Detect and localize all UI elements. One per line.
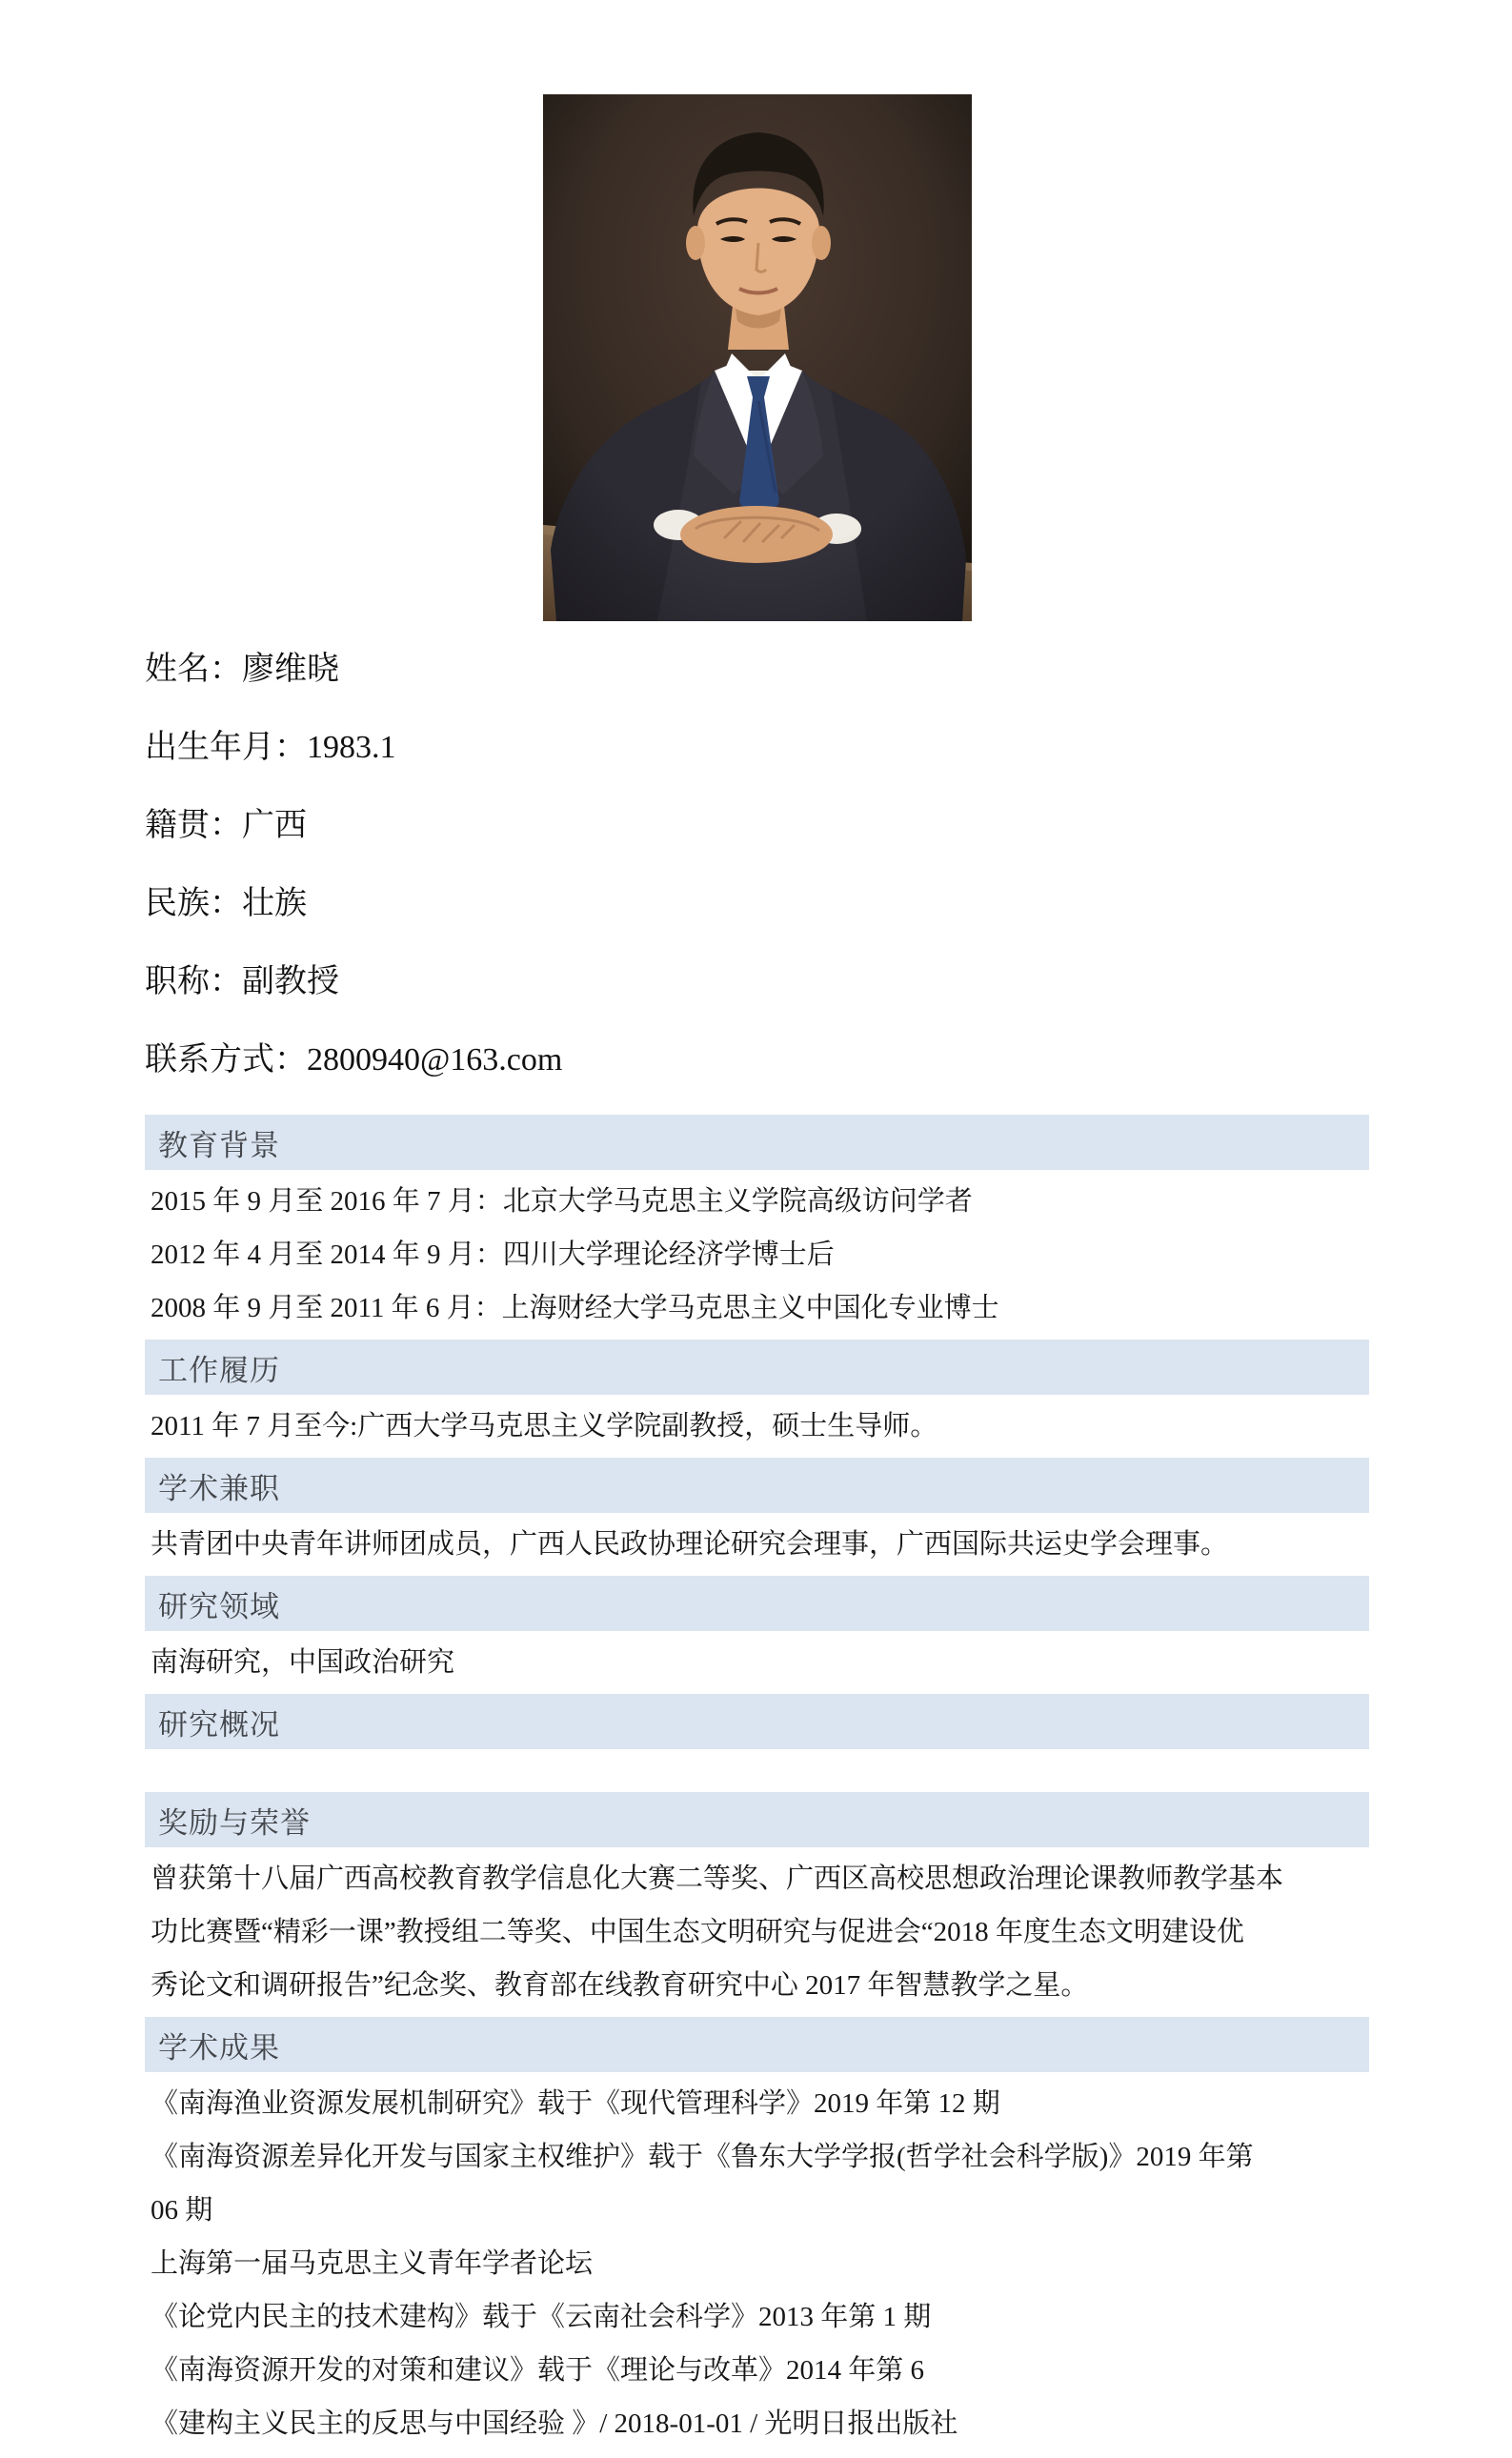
section-line: 2015 年 9 月至 2016 年 7 月：北京大学马克思主义学院高级访问学者: [151, 1177, 1369, 1226]
section-title: 工作履历: [158, 1346, 280, 1389]
profile-field-value: 2800940@163.com: [307, 1042, 562, 1078]
section-list: 教育背景 2015 年 9 月至 2016 年 7 月：北京大学马克思主义学院高…: [145, 1115, 1369, 2455]
section-line: 06 期: [151, 2186, 1369, 2235]
section-title: 研究领域: [158, 1582, 280, 1625]
section-line: 《南海资源差异化开发与国家主权维护》载于《鲁东大学学报(哲学社会科学版)》201…: [151, 2132, 1369, 2182]
section-line: 共青团中央青年讲师团成员，广西人民政协理论研究会理事，广西国际共运史学会理事。: [151, 1520, 1369, 1569]
profile-field-label: 姓名：: [145, 652, 242, 687]
profile-field-value: 1983.1: [307, 730, 396, 765]
section-line: 2011 年 7 月至今:广西大学马克思主义学院副教授，硕士生导师。: [151, 1401, 1369, 1451]
section-line: 《建构主义民主的反思与中国经验 》/ 2018-01-01 / 光明日报出版社: [151, 2399, 1369, 2448]
section-body: 2015 年 9 月至 2016 年 7 月：北京大学马克思主义学院高级访问学者…: [145, 1170, 1369, 1340]
section-line: 功比赛暨“精彩一课”教授组二等奖、中国生态文明研究与促进会“2018 年度生态文…: [151, 1907, 1369, 1957]
profile-field: 出生年月：1983.1: [145, 709, 1369, 787]
profile-field-value: 壮族: [242, 886, 307, 921]
section-body: 2011 年 7 月至今:广西大学马克思主义学院副教授，硕士生导师。: [145, 1395, 1369, 1458]
section: 研究领域 南海研究，中国政治研究: [145, 1576, 1369, 1694]
profile-field: 联系方式：2800940@163.com: [145, 1021, 1369, 1099]
profile-info: 姓名：廖维晓 出生年月：1983.1 籍贯：广西 民族：壮族 职称：副教授 联系…: [145, 631, 1369, 1099]
section-line: 《论党内民主的技术建构》载于《云南社会科学》2013 年第 1 期: [151, 2292, 1369, 2342]
profile-field-label: 民族：: [145, 886, 242, 921]
section: 教育背景 2015 年 9 月至 2016 年 7 月：北京大学马克思主义学院高…: [145, 1115, 1369, 1340]
section-line: 2008 年 9 月至 2011 年 6 月：上海财经大学马克思主义中国化专业博…: [151, 1283, 1369, 1333]
section-body: 《南海渔业资源发展机制研究》载于《现代管理科学》2019 年第 12 期 《南海…: [145, 2072, 1369, 2455]
section-body: [145, 1749, 1369, 1792]
section: 奖励与荣誉 曾获第十八届广西高校教育教学信息化大赛二等奖、广西区高校思想政治理论…: [145, 1792, 1369, 2017]
cv-content: 姓名：廖维晓 出生年月：1983.1 籍贯：广西 民族：壮族 职称：副教授 联系…: [145, 631, 1369, 2455]
section-body: 曾获第十八届广西高校教育教学信息化大赛二等奖、广西区高校思想政治理论课教师教学基…: [145, 1847, 1369, 2017]
section-title: 学术兼职: [158, 1464, 280, 1507]
section: 学术成果 《南海渔业资源发展机制研究》载于《现代管理科学》2019 年第 12 …: [145, 2017, 1369, 2455]
section-line: 《南海资源开发的对策和建议》载于《理论与改革》2014 年第 6: [151, 2346, 1369, 2395]
section-title: 教育背景: [158, 1121, 280, 1164]
profile-field: 籍贯：广西: [145, 787, 1369, 865]
section: 学术兼职 共青团中央青年讲师团成员，广西人民政协理论研究会理事，广西国际共运史学…: [145, 1458, 1369, 1576]
section: 研究概况: [145, 1694, 1369, 1792]
profile-field: 民族：壮族: [145, 865, 1369, 943]
portrait-photo: [543, 94, 972, 621]
profile-field-label: 籍贯：: [145, 808, 242, 843]
section-line: 2012 年 4 月至 2014 年 9 月：四川大学理论经济学博士后: [151, 1230, 1369, 1279]
section-line: 南海研究，中国政治研究: [151, 1638, 1369, 1687]
profile-field-value: 广西: [242, 808, 307, 843]
profile-field: 姓名：廖维晓: [145, 631, 1369, 709]
section-body: 南海研究，中国政治研究: [145, 1631, 1369, 1694]
profile-field: 职称：副教授: [145, 943, 1369, 1021]
profile-field-value: 廖维晓: [242, 652, 339, 687]
section-header: 研究概况: [145, 1694, 1369, 1749]
profile-field-label: 联系方式：: [145, 1042, 307, 1078]
section-header: 教育背景: [145, 1115, 1369, 1170]
section-title: 学术成果: [158, 2024, 280, 2066]
profile-field-label: 出生年月：: [145, 730, 307, 765]
section-header: 学术兼职: [145, 1458, 1369, 1513]
section-line: 上海第一届马克思主义青年学者论坛: [151, 2239, 1369, 2288]
profile-field-label: 职称：: [145, 964, 242, 999]
cv-page: 姓名：廖维晓 出生年月：1983.1 籍贯：广西 民族：壮族 职称：副教授 联系…: [0, 0, 1512, 2458]
section-header: 学术成果: [145, 2017, 1369, 2072]
profile-field-value: 副教授: [242, 964, 339, 999]
section-header: 奖励与荣誉: [145, 1792, 1369, 1847]
section-title: 研究概况: [158, 1701, 280, 1743]
section-title: 奖励与荣誉: [158, 1799, 311, 1842]
portrait-photo-art: [543, 94, 972, 621]
section-line: 曾获第十八届广西高校教育教学信息化大赛二等奖、广西区高校思想政治理论课教师教学基…: [151, 1854, 1369, 1904]
section: 工作履历 2011 年 7 月至今:广西大学马克思主义学院副教授，硕士生导师。: [145, 1340, 1369, 1458]
section-header: 工作履历: [145, 1340, 1369, 1395]
section-body: 共青团中央青年讲师团成员，广西人民政协理论研究会理事，广西国际共运史学会理事。: [145, 1513, 1369, 1576]
section-line: 《南海渔业资源发展机制研究》载于《现代管理科学》2019 年第 12 期: [151, 2079, 1369, 2128]
section-header: 研究领域: [145, 1576, 1369, 1631]
section-line: 秀论文和调研报告”纪念奖、教育部在线教育研究中心 2017 年智慧教学之星。: [151, 1961, 1369, 2010]
